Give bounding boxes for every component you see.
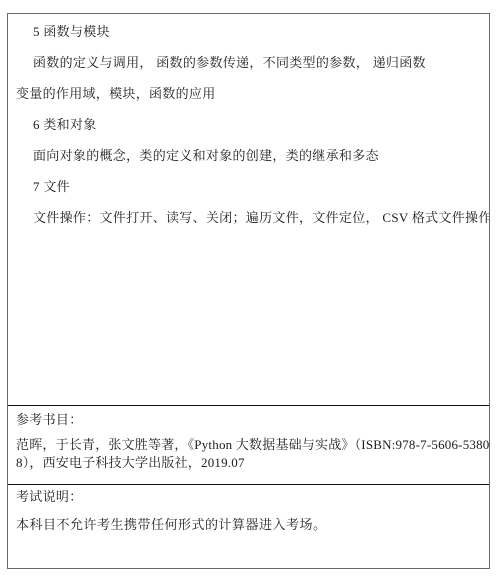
syllabus-line: 文件操作：文件打开、读写、关闭；遍历文件，文件定位， CSV 格式文件操作 xyxy=(16,211,481,224)
exam-note-body: 本科目不允许考生携带任何形式的计算器进入考场。 xyxy=(16,518,481,532)
reference-title: 参考书目： xyxy=(16,413,481,427)
reference-section: 参考书目： 范晖，于长青，张文胜等著，《Python 大数据基础与实战》（ISB… xyxy=(8,406,489,485)
syllabus-section: 5 函数与模块 函数的定义与调用， 函数的参数传递，不同类型的参数， 递归函数 … xyxy=(8,14,489,406)
syllabus-heading-7: 7 文件 xyxy=(16,180,481,193)
reference-line: 范晖，于长青，张文胜等著，《Python 大数据基础与实战》（ISBN:978-… xyxy=(16,436,481,454)
document-page: 5 函数与模块 函数的定义与调用， 函数的参数传递，不同类型的参数， 递归函数 … xyxy=(0,0,503,583)
syllabus-line: 函数的定义与调用， 函数的参数传递，不同类型的参数， 递归函数 xyxy=(16,56,481,69)
syllabus-line: 变量的作用域，模块，函数的应用 xyxy=(16,87,481,100)
content-table: 5 函数与模块 函数的定义与调用， 函数的参数传递，不同类型的参数， 递归函数 … xyxy=(7,13,490,569)
exam-note-title: 考试说明： xyxy=(16,490,481,504)
syllabus-heading-5: 5 函数与模块 xyxy=(16,25,481,38)
reference-line: 8），西安电子科技大学出版社，2019.07 xyxy=(16,454,481,472)
syllabus-line: 面向对象的概念，类的定义和对象的创建，类的继承和多态 xyxy=(16,149,481,162)
syllabus-heading-6: 6 类和对象 xyxy=(16,118,481,131)
exam-note-section: 考试说明： 本科目不允许考生携带任何形式的计算器进入考场。 xyxy=(8,485,489,568)
